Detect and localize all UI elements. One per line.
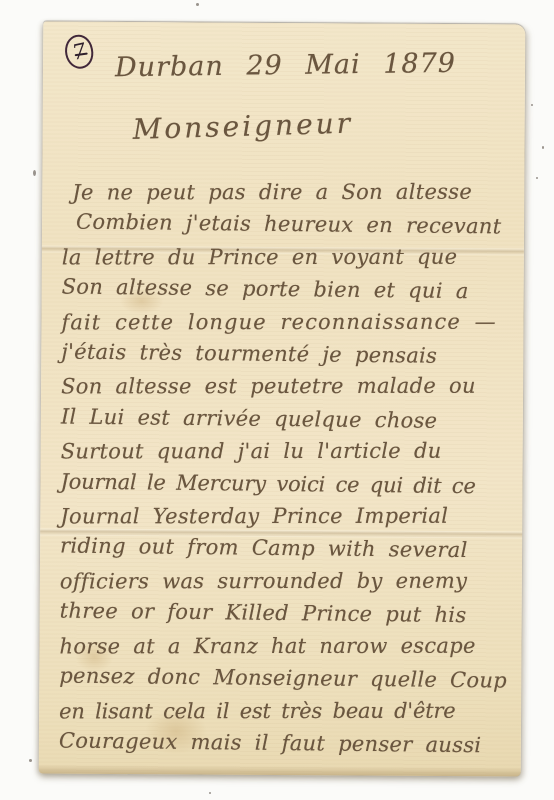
letter-line: j'étais très tourmenté je pensais <box>61 336 511 374</box>
letter-line: pensez donc Monseigneur quelle Coup <box>59 660 509 698</box>
scan-background: 7 Durban 29 Mai 1879 Monseigneur Je ne p… <box>0 0 554 800</box>
dateline: Durban 29 Mai 1879 <box>115 48 456 83</box>
letter-line: Son altesse est peutetre malade ou <box>61 370 511 403</box>
letter-body: Je ne peut pas dire a Son altesseCombien… <box>59 175 513 761</box>
letter-line: Surtout quand j'ai lu l'article du <box>61 435 511 468</box>
letter-line: horse at a Kranz hat narow escape <box>59 629 509 662</box>
letter-line: Son altesse se porte bien et qui a <box>61 271 511 309</box>
letter-line: officiers was surrounded by enemy <box>60 565 510 598</box>
letter-line: fait cette longue reconnaissance — <box>61 305 511 338</box>
letter-line: three or four Killed Prince put his <box>60 595 510 633</box>
letter-line: Journal le Mercury voici ce qui dit ce <box>60 465 510 503</box>
letter-line: la lettre du Prince en voyant que <box>62 240 512 273</box>
letter-line: Je ne peut pas dire a Son altesse <box>72 176 512 209</box>
letter-page: 7 Durban 29 Mai 1879 Monseigneur Je ne p… <box>39 22 526 777</box>
dust-speck <box>29 759 32 762</box>
letter-line: Il Lui est arrivée quelque chose <box>61 400 511 438</box>
dust-speck <box>531 104 533 106</box>
letter-line: Journal Yesterday Prince Imperial <box>60 500 510 533</box>
dust-speck <box>542 146 544 149</box>
dust-speck <box>209 792 211 794</box>
salutation: Monseigneur <box>132 107 353 146</box>
dust-speck <box>196 3 199 6</box>
circled-page-number: 7 <box>62 32 96 71</box>
letter-line: en lisant cela il est très beau d'être <box>59 694 509 727</box>
letter-line: Combien j'etais heureux en recevant <box>76 206 512 243</box>
dust-speck <box>536 177 538 179</box>
letter-line: Courageux mais il faut penser aussi <box>59 724 509 762</box>
letter-line: riding out from Camp with several <box>60 530 510 568</box>
dust-speck <box>33 170 36 176</box>
